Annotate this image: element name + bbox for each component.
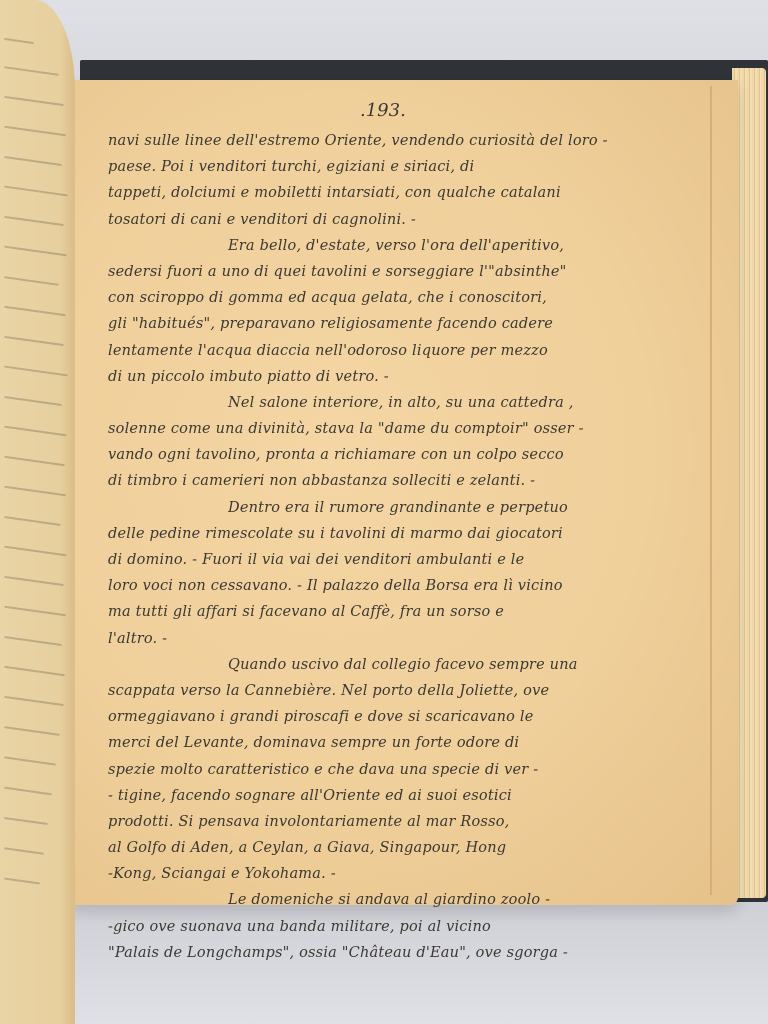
manuscript-line: -gico ove suonava una banda militare, po… — [108, 914, 680, 940]
manuscript-line: scappata verso la Cannebière. Nel porto … — [108, 678, 680, 704]
left-page-line — [4, 276, 59, 286]
manuscript-line: l'altro. - — [108, 626, 680, 652]
manuscript-line: "Palais de Longchamps", ossia "Château d… — [108, 940, 680, 966]
left-page-line — [4, 366, 68, 377]
manuscript-line: navi sulle linee dell'estremo Oriente, v… — [108, 128, 680, 154]
page-edge-line — [710, 86, 712, 895]
manuscript-line: Era bello, d'estate, verso l'ora dell'ap… — [108, 233, 680, 259]
left-page-line — [4, 336, 64, 346]
left-page-line — [4, 726, 60, 736]
manuscript-line: prodotti. Si pensava involontariamente a… — [108, 809, 680, 835]
left-page-line — [4, 696, 64, 706]
left-page-line — [4, 426, 67, 437]
left-page-line — [4, 396, 62, 406]
manuscript-line: Quando uscivo dal collegio facevo sempre… — [108, 652, 680, 678]
manuscript-line: spezie molto caratteristico e che dava u… — [108, 757, 680, 783]
left-page-line — [4, 126, 66, 137]
manuscript-line: Nel salone interiore, in alto, su una ca… — [108, 390, 680, 416]
manuscript-line: sedersi fuori a uno di quei tavolini e s… — [108, 259, 680, 285]
left-page-line — [4, 456, 65, 466]
left-page-line — [4, 817, 48, 825]
manuscript-line: ma tutti gli affari si facevano al Caffè… — [108, 599, 680, 625]
left-page — [0, 0, 75, 1024]
manuscript-line: tappeti, dolciumi e mobiletti intarsiati… — [108, 180, 680, 206]
left-page-line — [4, 96, 64, 106]
left-page-line — [4, 216, 64, 226]
left-page-line — [4, 636, 62, 646]
left-page-line — [4, 186, 68, 197]
left-page-line — [4, 246, 67, 257]
manuscript-line: -Kong, Sciangai e Yokohama. - — [108, 861, 680, 887]
manuscript-line: - tigine, facendo sognare all'Oriente ed… — [108, 783, 680, 809]
manuscript-line: solenne come una divinità, stava la "dam… — [108, 416, 680, 442]
manuscript-line: lentamente l'acqua diaccia nell'odoroso … — [108, 338, 680, 364]
left-page-line — [4, 756, 56, 765]
manuscript-line: Le domeniche si andava al giardino zoolo… — [108, 887, 680, 913]
left-page-line — [4, 38, 34, 44]
manuscript-line: di domino. - Fuori il via vai dei vendit… — [108, 547, 680, 573]
left-page-line — [4, 516, 61, 526]
manuscript-text: navi sulle linee dell'estremo Oriente, v… — [108, 128, 680, 966]
manuscript-line: ormeggiavano i grandi piroscafi e dove s… — [108, 704, 680, 730]
left-page-line — [4, 878, 40, 885]
left-page-line — [4, 486, 66, 497]
left-page-line — [4, 576, 64, 586]
manuscript-line: Dentro era il rumore grandinante e perpe… — [108, 495, 680, 521]
left-page-line — [4, 66, 59, 76]
manuscript-line: vando ogni tavolino, pronta a richiamare… — [108, 442, 680, 468]
manuscript-line: gli "habitués", preparavano religiosamen… — [108, 311, 680, 337]
manuscript-line: tosatori di cani e venditori di cagnolin… — [108, 207, 680, 233]
manuscript-line: merci del Levante, dominava sempre un fo… — [108, 730, 680, 756]
manuscript-line: di timbro i camerieri non abbastanza sol… — [108, 468, 680, 494]
manuscript-line: al Golfo di Aden, a Ceylan, a Giava, Sin… — [108, 835, 680, 861]
manuscript-line: con sciroppo di gomma ed acqua gelata, c… — [108, 285, 680, 311]
left-page-line — [4, 606, 66, 617]
manuscript-line: di un piccolo imbuto piatto di vetro. - — [108, 364, 680, 390]
left-page-line — [4, 847, 44, 855]
page-number: .193. — [360, 100, 406, 121]
left-page-line — [4, 666, 65, 676]
left-page-line — [4, 787, 52, 796]
left-page-line — [4, 306, 66, 317]
manuscript-line: paese. Poi i venditori turchi, egiziani … — [108, 154, 680, 180]
manuscript-line: loro voci non cessavano. - Il palazzo de… — [108, 573, 680, 599]
left-page-line — [4, 156, 62, 166]
manuscript-line: delle pedine rimescolate su i tavolini d… — [108, 521, 680, 547]
left-page-line — [4, 546, 67, 557]
